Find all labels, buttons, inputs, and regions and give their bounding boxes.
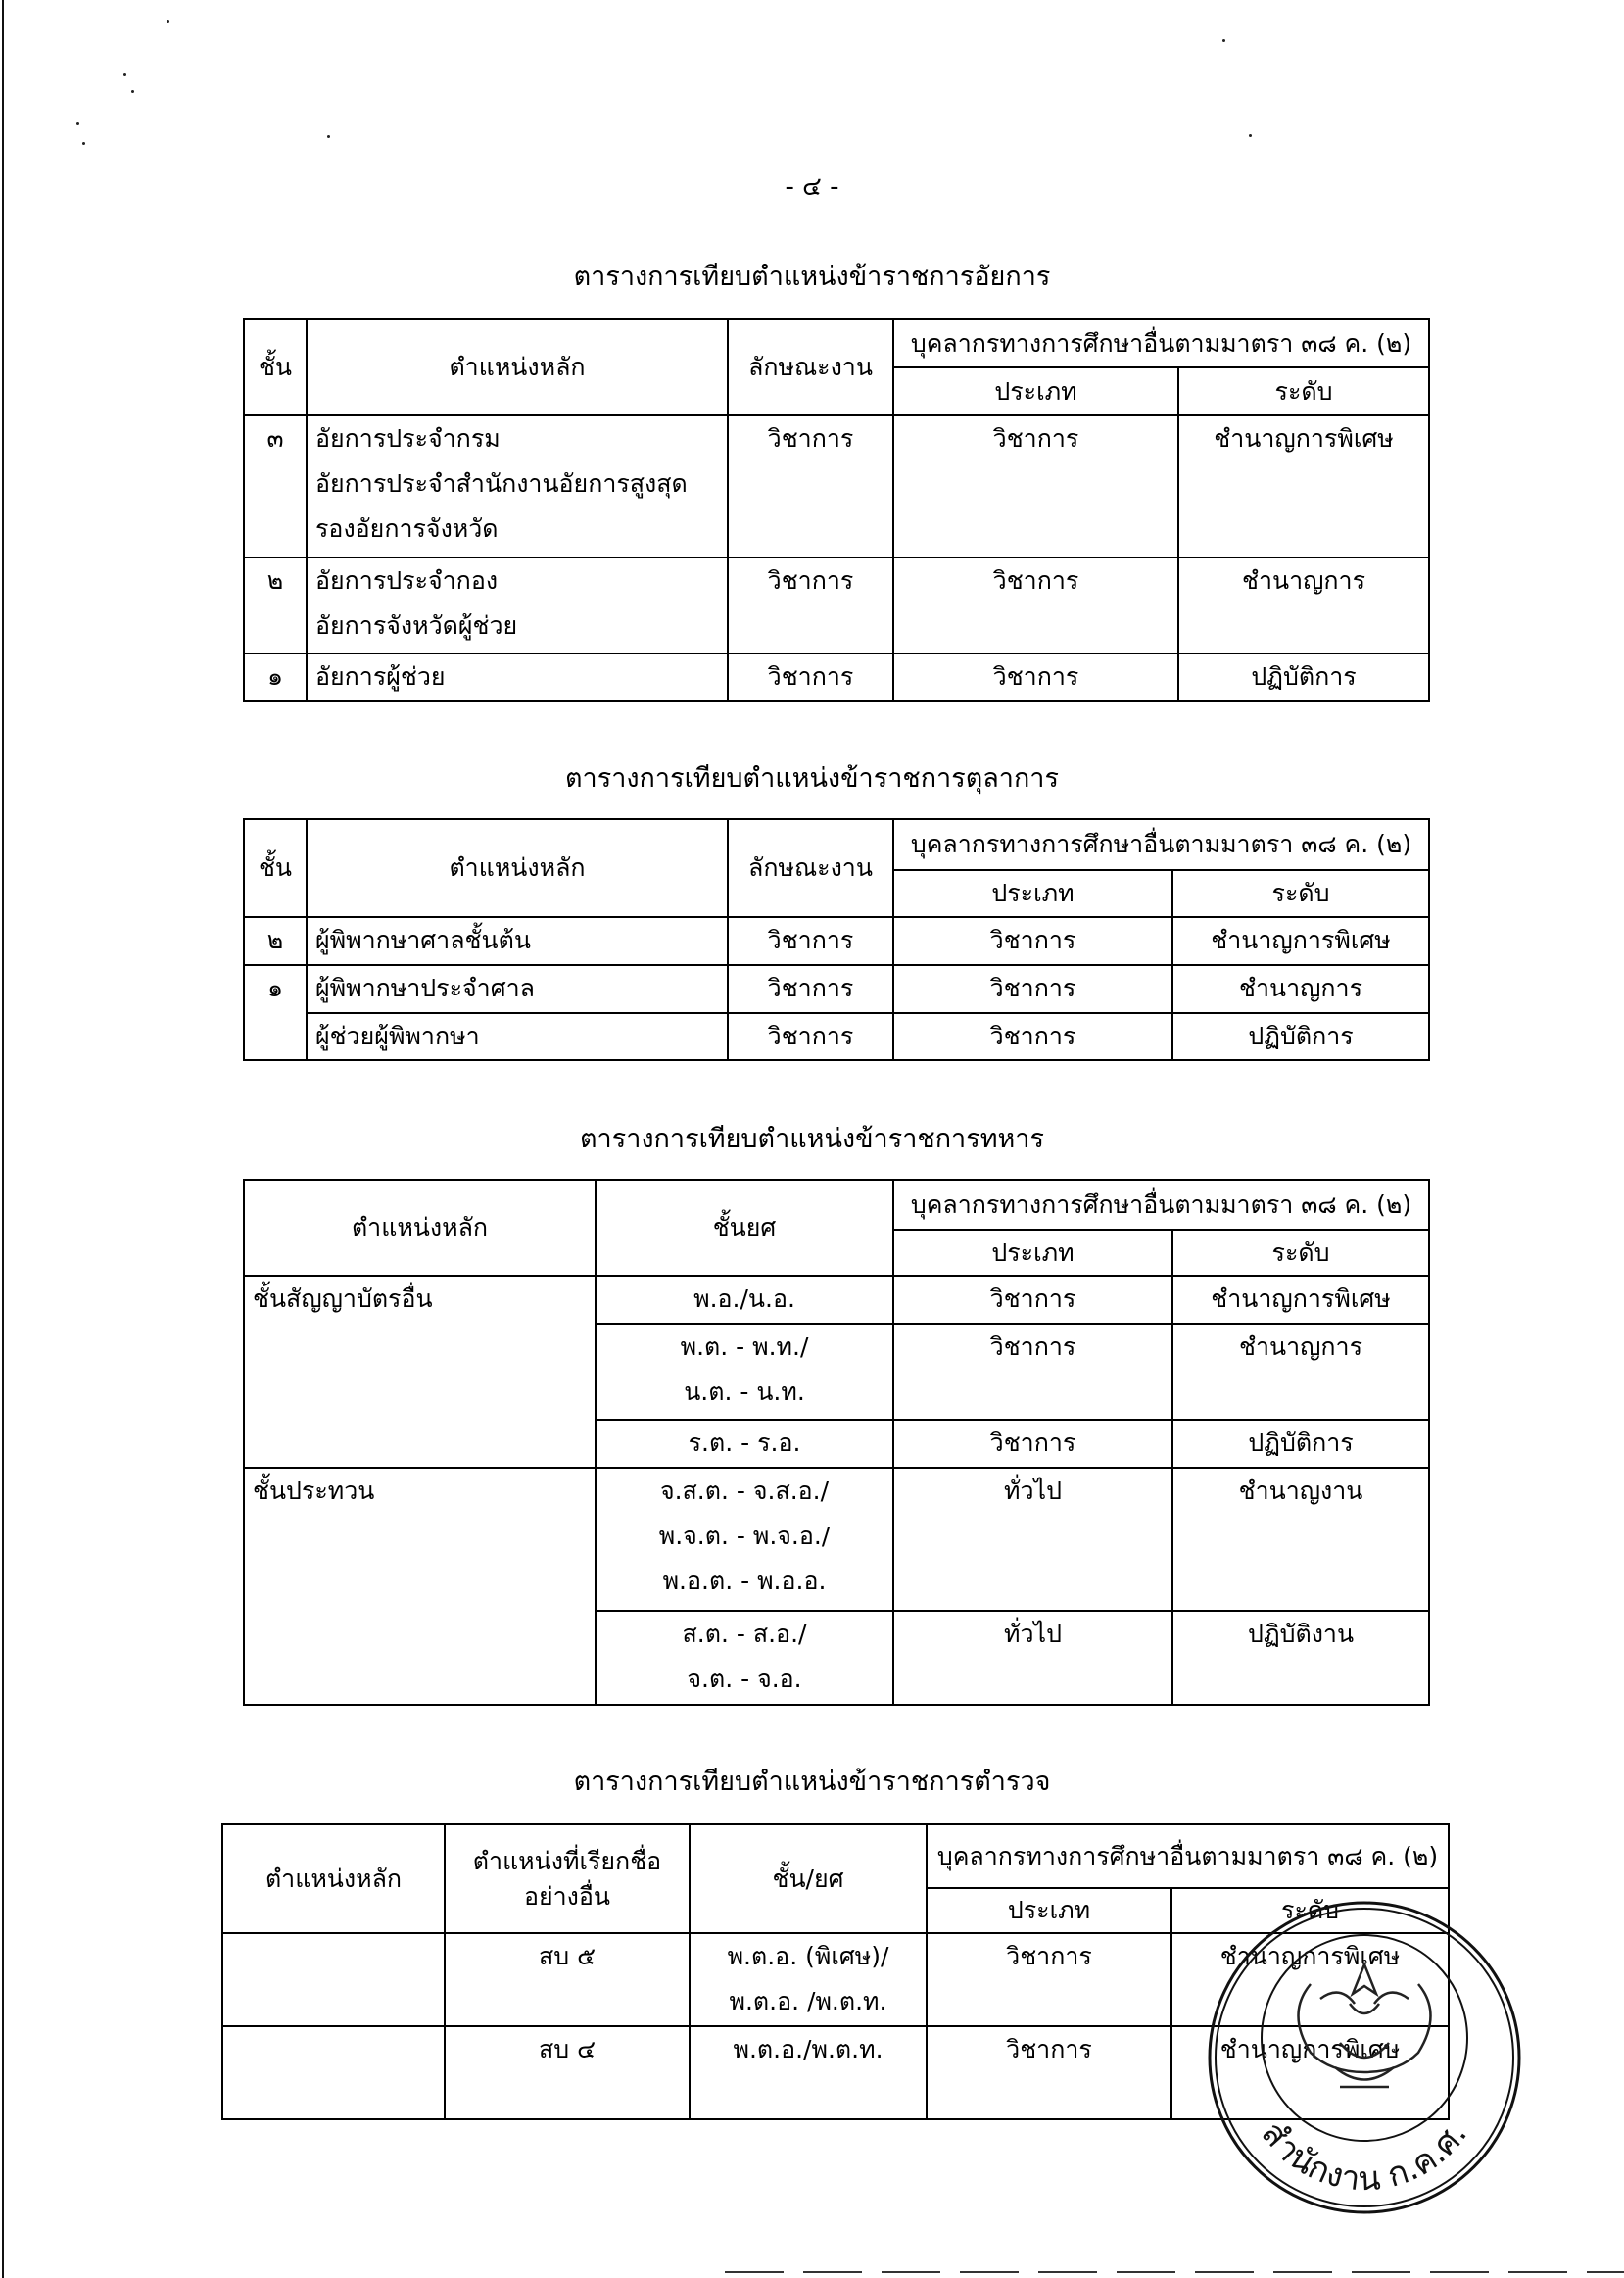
cell-type: วิชาการ <box>893 917 1172 965</box>
table-row: ๑ ผู้พิพากษาประจำศาล วิชาการ วิชาการ ชำน… <box>244 965 1429 1013</box>
cell-type: วิชาการ <box>893 557 1178 654</box>
table-row: สบ ๔ พ.ต.อ./พ.ต.ท. วิชาการ ชำนาญการพิเศษ <box>222 2026 1449 2119</box>
header-level: ระดับ <box>1172 1230 1429 1276</box>
table-title-judges: ตารางการเทียบตำแหน่งข้าราชการตุลาการ <box>0 756 1624 799</box>
judge-comparison-table: ชั้น ตำแหน่งหลัก ลักษณะงาน บุคลากรทางการ… <box>243 818 1430 1061</box>
cell-level: ชำนาญการพิเศษ <box>1172 917 1429 965</box>
cell-position <box>222 1933 445 2026</box>
scan-speck <box>76 122 79 125</box>
cell-rank: พ.ต.อ./พ.ต.ท. <box>690 2026 927 2119</box>
cell-grade: ๒ <box>244 917 307 965</box>
cell-level: ชำนาญการ <box>1178 557 1429 654</box>
cell-level: ชำนาญการพิเศษ <box>1171 2026 1449 2119</box>
header-level: ระดับ <box>1178 367 1429 415</box>
cell-rank: จ.ส.ต. - จ.ส.อ./ พ.จ.ต. - พ.จ.อ./ พ.อ.ต.… <box>596 1468 893 1611</box>
table-title-military: ตารางการเทียบตำแหน่งข้าราชการทหาร <box>0 1117 1624 1159</box>
cell-level: ปฏิบัติการ <box>1178 654 1429 701</box>
cell-grade: ๑ <box>244 654 307 701</box>
prosecutor-comparison-table: ชั้น ตำแหน่งหลัก ลักษณะงาน บุคลากรทางการ… <box>243 318 1430 702</box>
cell-level: ปฏิบัติการ <box>1172 1013 1429 1060</box>
header-rank: ชั้น/ยศ <box>690 1824 927 1933</box>
header-alt-name: ตำแหน่งที่เรียกชื่อ อย่างอื่น <box>445 1824 690 1933</box>
header-type: ประเภท <box>927 1888 1171 1933</box>
header-position: ตำแหน่งหลัก <box>222 1824 445 1933</box>
table-row: ผู้ช่วยผู้พิพากษา วิชาการ วิชาการ ปฏิบัต… <box>244 1013 1429 1060</box>
scan-speck <box>1222 39 1225 42</box>
header-group: บุคลากรทางการศึกษาอื่นตามมาตรา ๓๘ ค. (๒) <box>927 1824 1449 1888</box>
cell-grade: ๒ <box>244 557 307 654</box>
cell-rank: พ.อ./น.อ. <box>596 1276 893 1324</box>
page-number: - ๔ - <box>0 167 1624 207</box>
cell-level: ชำนาญการพิเศษ <box>1171 1933 1449 2026</box>
cell-position <box>222 2026 445 2119</box>
cell-rank: พ.ต. - พ.ท./ น.ต. - น.ท. <box>596 1324 893 1420</box>
header-level: ระดับ <box>1171 1888 1449 1933</box>
cell-type: วิชาการ <box>893 415 1178 557</box>
table-title-prosecutors: ตารางการเทียบตำแหน่งข้าราชการอัยการ <box>0 255 1624 297</box>
police-comparison-table: ตำแหน่งหลัก ตำแหน่งที่เรียกชื่อ อย่างอื่… <box>221 1823 1450 2120</box>
header-position: ตำแหน่งหลัก <box>307 319 728 415</box>
cell-position: อัยการประจำกรม อัยการประจำสำนักงานอัยการ… <box>307 415 728 557</box>
cell-alt-name: สบ ๔ <box>445 2026 690 2119</box>
cell-type: วิชาการ <box>893 965 1172 1013</box>
table-row: ๒ ผู้พิพากษาศาลชั้นต้น วิชาการ วิชาการ ช… <box>244 917 1429 965</box>
header-grade: ชั้น <box>244 819 307 917</box>
scan-speck <box>82 142 85 145</box>
header-position: ตำแหน่งหลัก <box>307 819 728 917</box>
header-group: บุคลากรทางการศึกษาอื่นตามมาตรา ๓๘ ค. (๒) <box>893 1180 1429 1230</box>
cell-rank: ส.ต. - ส.อ./ จ.ต. - จ.อ. <box>596 1611 893 1705</box>
cell-type: ทั่วไป <box>893 1611 1172 1705</box>
cell-level: ชำนาญการ <box>1172 965 1429 1013</box>
cell-grade: ๑ <box>244 965 307 1060</box>
header-group: บุคลากรทางการศึกษาอื่นตามมาตรา ๓๘ ค. (๒) <box>893 819 1429 870</box>
scan-speck <box>131 90 134 93</box>
header-grade: ชั้น <box>244 319 307 415</box>
cell-level: ปฏิบัติการ <box>1172 1420 1429 1468</box>
cell-type: วิชาการ <box>893 1324 1172 1420</box>
cell-level: ปฏิบัติงาน <box>1172 1611 1429 1705</box>
scan-speck <box>123 73 126 76</box>
svg-text:สำนักงาน ก.ค.ศ.: สำนักงาน ก.ค.ศ. <box>1254 2114 1475 2200</box>
scan-speck <box>167 20 169 23</box>
cell-type: วิชาการ <box>927 1933 1171 2026</box>
cell-work-nature: วิชาการ <box>728 557 893 654</box>
cell-rank: ร.ต. - ร.อ. <box>596 1420 893 1468</box>
cell-type: ทั่วไป <box>893 1468 1172 1611</box>
cell-level: ชำนาญการพิเศษ <box>1178 415 1429 557</box>
scan-bottom-rule <box>725 2271 1624 2273</box>
table-row: ๒ อัยการประจำกอง อัยการจังหวัดผู้ช่วย วิ… <box>244 557 1429 654</box>
cell-work-nature: วิชาการ <box>728 415 893 557</box>
cell-type: วิชาการ <box>893 1013 1172 1060</box>
military-comparison-table: ตำแหน่งหลัก ชั้นยศ บุคลากรทางการศึกษาอื่… <box>243 1179 1430 1706</box>
cell-position-group: ชั้นสัญญาบัตรอื่น <box>244 1276 596 1468</box>
header-level: ระดับ <box>1172 870 1429 917</box>
cell-position: อัยการประจำกอง อัยการจังหวัดผู้ช่วย <box>307 557 728 654</box>
cell-work-nature: วิชาการ <box>728 965 893 1013</box>
cell-work-nature: วิชาการ <box>728 654 893 701</box>
header-work-nature: ลักษณะงาน <box>728 819 893 917</box>
scan-speck <box>327 135 330 138</box>
cell-position: ผู้ช่วยผู้พิพากษา <box>307 1013 728 1060</box>
cell-position: ผู้พิพากษาศาลชั้นต้น <box>307 917 728 965</box>
cell-position: อัยการผู้ช่วย <box>307 654 728 701</box>
cell-type: วิชาการ <box>893 1420 1172 1468</box>
table-row: ๓ อัยการประจำกรม อัยการประจำสำนักงานอัยก… <box>244 415 1429 557</box>
header-group: บุคลากรทางการศึกษาอื่นตามมาตรา ๓๘ ค. (๒) <box>893 319 1429 367</box>
header-type: ประเภท <box>893 367 1178 415</box>
cell-level: ชำนาญการพิเศษ <box>1172 1276 1429 1324</box>
table-row: สบ ๕ พ.ต.อ. (พิเศษ)/ พ.ต.อ. /พ.ต.ท. วิชา… <box>222 1933 1449 2026</box>
scan-speck <box>1249 134 1252 137</box>
cell-type: วิชาการ <box>893 1276 1172 1324</box>
header-position: ตำแหน่งหลัก <box>244 1180 596 1276</box>
cell-work-nature: วิชาการ <box>728 1013 893 1060</box>
header-type: ประเภท <box>893 870 1172 917</box>
table-row: ชั้นสัญญาบัตรอื่น พ.อ./น.อ. วิชาการ ชำนา… <box>244 1276 1429 1324</box>
cell-level: ชำนาญงาน <box>1172 1468 1429 1611</box>
cell-alt-name: สบ ๕ <box>445 1933 690 2026</box>
header-type: ประเภท <box>893 1230 1172 1276</box>
cell-rank: พ.ต.อ. (พิเศษ)/ พ.ต.อ. /พ.ต.ท. <box>690 1933 927 2026</box>
cell-position: ผู้พิพากษาประจำศาล <box>307 965 728 1013</box>
table-title-police: ตารางการเทียบตำแหน่งข้าราชการตำรวจ <box>0 1760 1624 1802</box>
cell-position-group: ชั้นประทวน <box>244 1468 596 1705</box>
table-row: ๑ อัยการผู้ช่วย วิชาการ วิชาการ ปฏิบัติก… <box>244 654 1429 701</box>
table-row: ชั้นประทวน จ.ส.ต. - จ.ส.อ./ พ.จ.ต. - พ.จ… <box>244 1468 1429 1611</box>
cell-grade: ๓ <box>244 415 307 557</box>
cell-work-nature: วิชาการ <box>728 917 893 965</box>
cell-type: วิชาการ <box>927 2026 1171 2119</box>
header-rank: ชั้นยศ <box>596 1180 893 1276</box>
cell-level: ชำนาญการ <box>1172 1324 1429 1420</box>
header-work-nature: ลักษณะงาน <box>728 319 893 415</box>
cell-type: วิชาการ <box>893 654 1178 701</box>
